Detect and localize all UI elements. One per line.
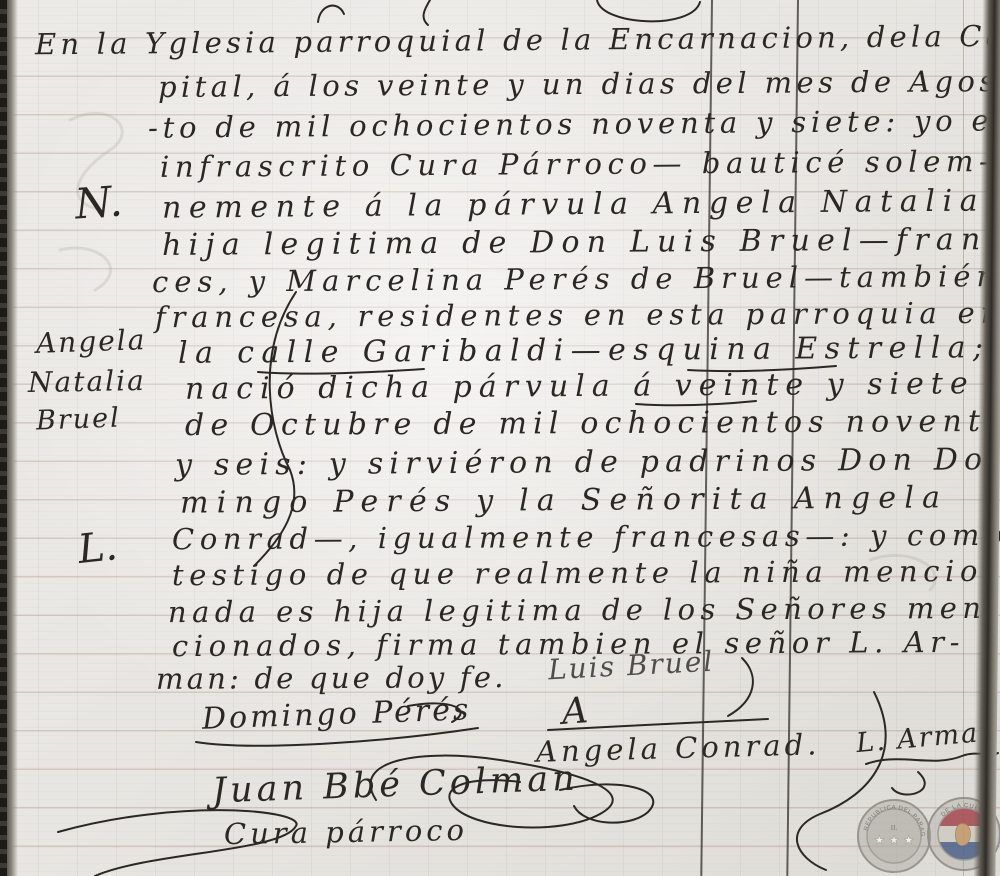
flourish-bottom-left [58,810,297,876]
flourish-luis-bruel [728,658,753,716]
margin-brace [254,292,296,566]
flourish-l-arman [892,772,925,795]
stamp-center-numeral: II. [891,824,898,832]
register-page: N. Angela Natalia Bruel L. En la Yglesia… [0,0,1000,876]
flourish-domingo-peres [196,703,478,745]
underline-garibaldi [258,369,424,374]
pen-flourishes [0,0,1000,876]
binding-edge-core [0,0,7,876]
flourish-colman-loop [370,756,612,828]
top-partial-stroke [318,6,344,22]
top-partial-stroke [424,0,430,25]
top-partial-arc [597,0,700,21]
underline-estrella [688,366,836,371]
archive-stamp-left: REPUBLICA DEL PARAGUAY II. ★ ★ ★ [854,796,934,876]
paraguay-map-shape [955,824,970,846]
underline-rubric [548,719,768,730]
underline-veinte [636,401,756,405]
stamp-stars-icon: ★ ★ ★ [874,833,914,847]
